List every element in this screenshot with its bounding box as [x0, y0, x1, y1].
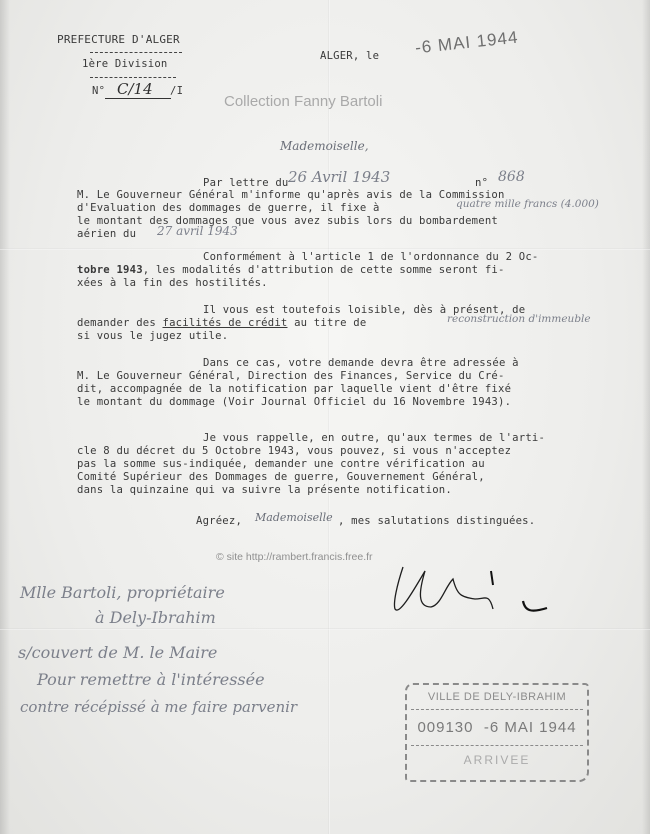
- annotation-line: s/couvert de M. le Maire: [18, 643, 217, 662]
- text-run: au titre de: [288, 317, 367, 329]
- text-run: , mes salutations distinguées.: [338, 515, 535, 528]
- text-run: demander des: [77, 317, 163, 329]
- letter-date-handwritten: 26 Avril 1943: [288, 168, 390, 186]
- text-run: , les modalités d'attribution de cette s…: [143, 264, 505, 276]
- signature: [375, 565, 585, 625]
- underlined-credit-facilities: facilités de crédit: [163, 317, 288, 329]
- text-line: M. Le Gouverneur Général, Direction des …: [77, 370, 505, 383]
- number-handwritten: C/14: [117, 80, 153, 98]
- text-line: dit, accompagnée de la notification par …: [77, 383, 511, 396]
- text-line: demander des facilités de crédit au titr…: [77, 317, 366, 330]
- paper-edge-shadow: [0, 0, 10, 834]
- text-line: dans la quinzaine qui va suivre la prése…: [77, 484, 452, 497]
- number-label: N°: [92, 85, 105, 98]
- paper-edge-shadow: [642, 0, 650, 834]
- postmark-town: VILLE DE DELY-IBRAHIM: [407, 691, 587, 703]
- text-line: d'Evaluation des dommages de guerre, il …: [77, 202, 380, 215]
- postmark-number-date: 009130 -6 MAI 1944: [407, 719, 587, 736]
- bombing-date-handwritten: 27 avril 1943: [157, 224, 238, 238]
- closing-salutation-handwritten: Mademoiselle: [255, 511, 333, 524]
- text-line: xées à la fin des hostilités.: [77, 277, 268, 290]
- annotation-line: contre récépissé à me faire parvenir: [20, 698, 297, 716]
- text-line: si vous le jugez utile.: [77, 330, 228, 343]
- text-run: Agréez,: [196, 515, 249, 528]
- postmark-number: 009130: [417, 719, 473, 736]
- text-line: Comité Supérieur des Dommages de guerre,…: [77, 471, 485, 484]
- annotation-line: à Dely-Ibrahim: [95, 608, 216, 627]
- text-line: Conformément à l'article 1 de l'ordonnan…: [203, 251, 538, 264]
- letter-number-handwritten: 868: [498, 169, 525, 185]
- text-line: Dans ce cas, votre demande devra être ad…: [203, 357, 519, 370]
- text-line: le montant du dommage (Voir Journal Offi…: [77, 396, 511, 409]
- text-line: Je vous rappelle, en outre, qu'aux terme…: [203, 432, 545, 445]
- scanned-letter-page: PREFECTURE D'ALGER 1ère Division N° C/14…: [0, 0, 650, 834]
- text-line: pas la somme sus-indiquée, demander une …: [77, 458, 485, 471]
- collection-watermark: Collection Fanny Bartoli: [224, 93, 382, 110]
- annotation-line: Mlle Bartoli, propriétaire: [20, 583, 225, 602]
- text-line: le montant des dommages que vous avez su…: [77, 215, 498, 228]
- postmark-rule: [411, 745, 583, 746]
- paper-fold: [0, 628, 650, 630]
- number-underline: [105, 98, 171, 99]
- place-date-typed: ALGER, le: [320, 50, 379, 63]
- text-line: aérien du: [77, 228, 136, 241]
- salutation: Mademoiselle,: [280, 139, 369, 153]
- postmark-date: -6 MAI 1944: [484, 719, 577, 736]
- prefecture-heading: PREFECTURE D'ALGER: [57, 33, 180, 46]
- amount-handwritten: quatre mille francs (4.000): [456, 198, 599, 210]
- separator-line: [90, 77, 176, 78]
- number-suffix: /I: [170, 85, 183, 98]
- text-line: M. Le Gouverneur Général m'informe qu'ap…: [77, 189, 505, 202]
- postmark-rule: [411, 709, 583, 710]
- postmark-bottom: ARRIVEE: [407, 753, 587, 767]
- arrival-postmark: VILLE DE DELY-IBRAHIM 009130 -6 MAI 1944…: [405, 683, 589, 782]
- bold-date: tobre 1943: [77, 264, 143, 276]
- date-stamp: -6 MAI 1944: [414, 28, 519, 59]
- site-watermark: © site http://rambert.francis.free.fr: [216, 551, 373, 563]
- text-line: tobre 1943, les modalités d'attribution …: [77, 264, 505, 277]
- text-line: cle 8 du décret du 5 Octobre 1943, vous …: [77, 445, 511, 458]
- paper-fold: [0, 248, 650, 250]
- paper-fold: [328, 0, 330, 834]
- division-label: 1ère Division: [82, 58, 168, 71]
- signature-stroke: [491, 571, 493, 585]
- separator-line: [90, 52, 182, 53]
- purpose-handwritten: reconstruction d'immeuble: [447, 313, 591, 325]
- annotation-line: Pour remettre à l'intéressée: [37, 670, 265, 689]
